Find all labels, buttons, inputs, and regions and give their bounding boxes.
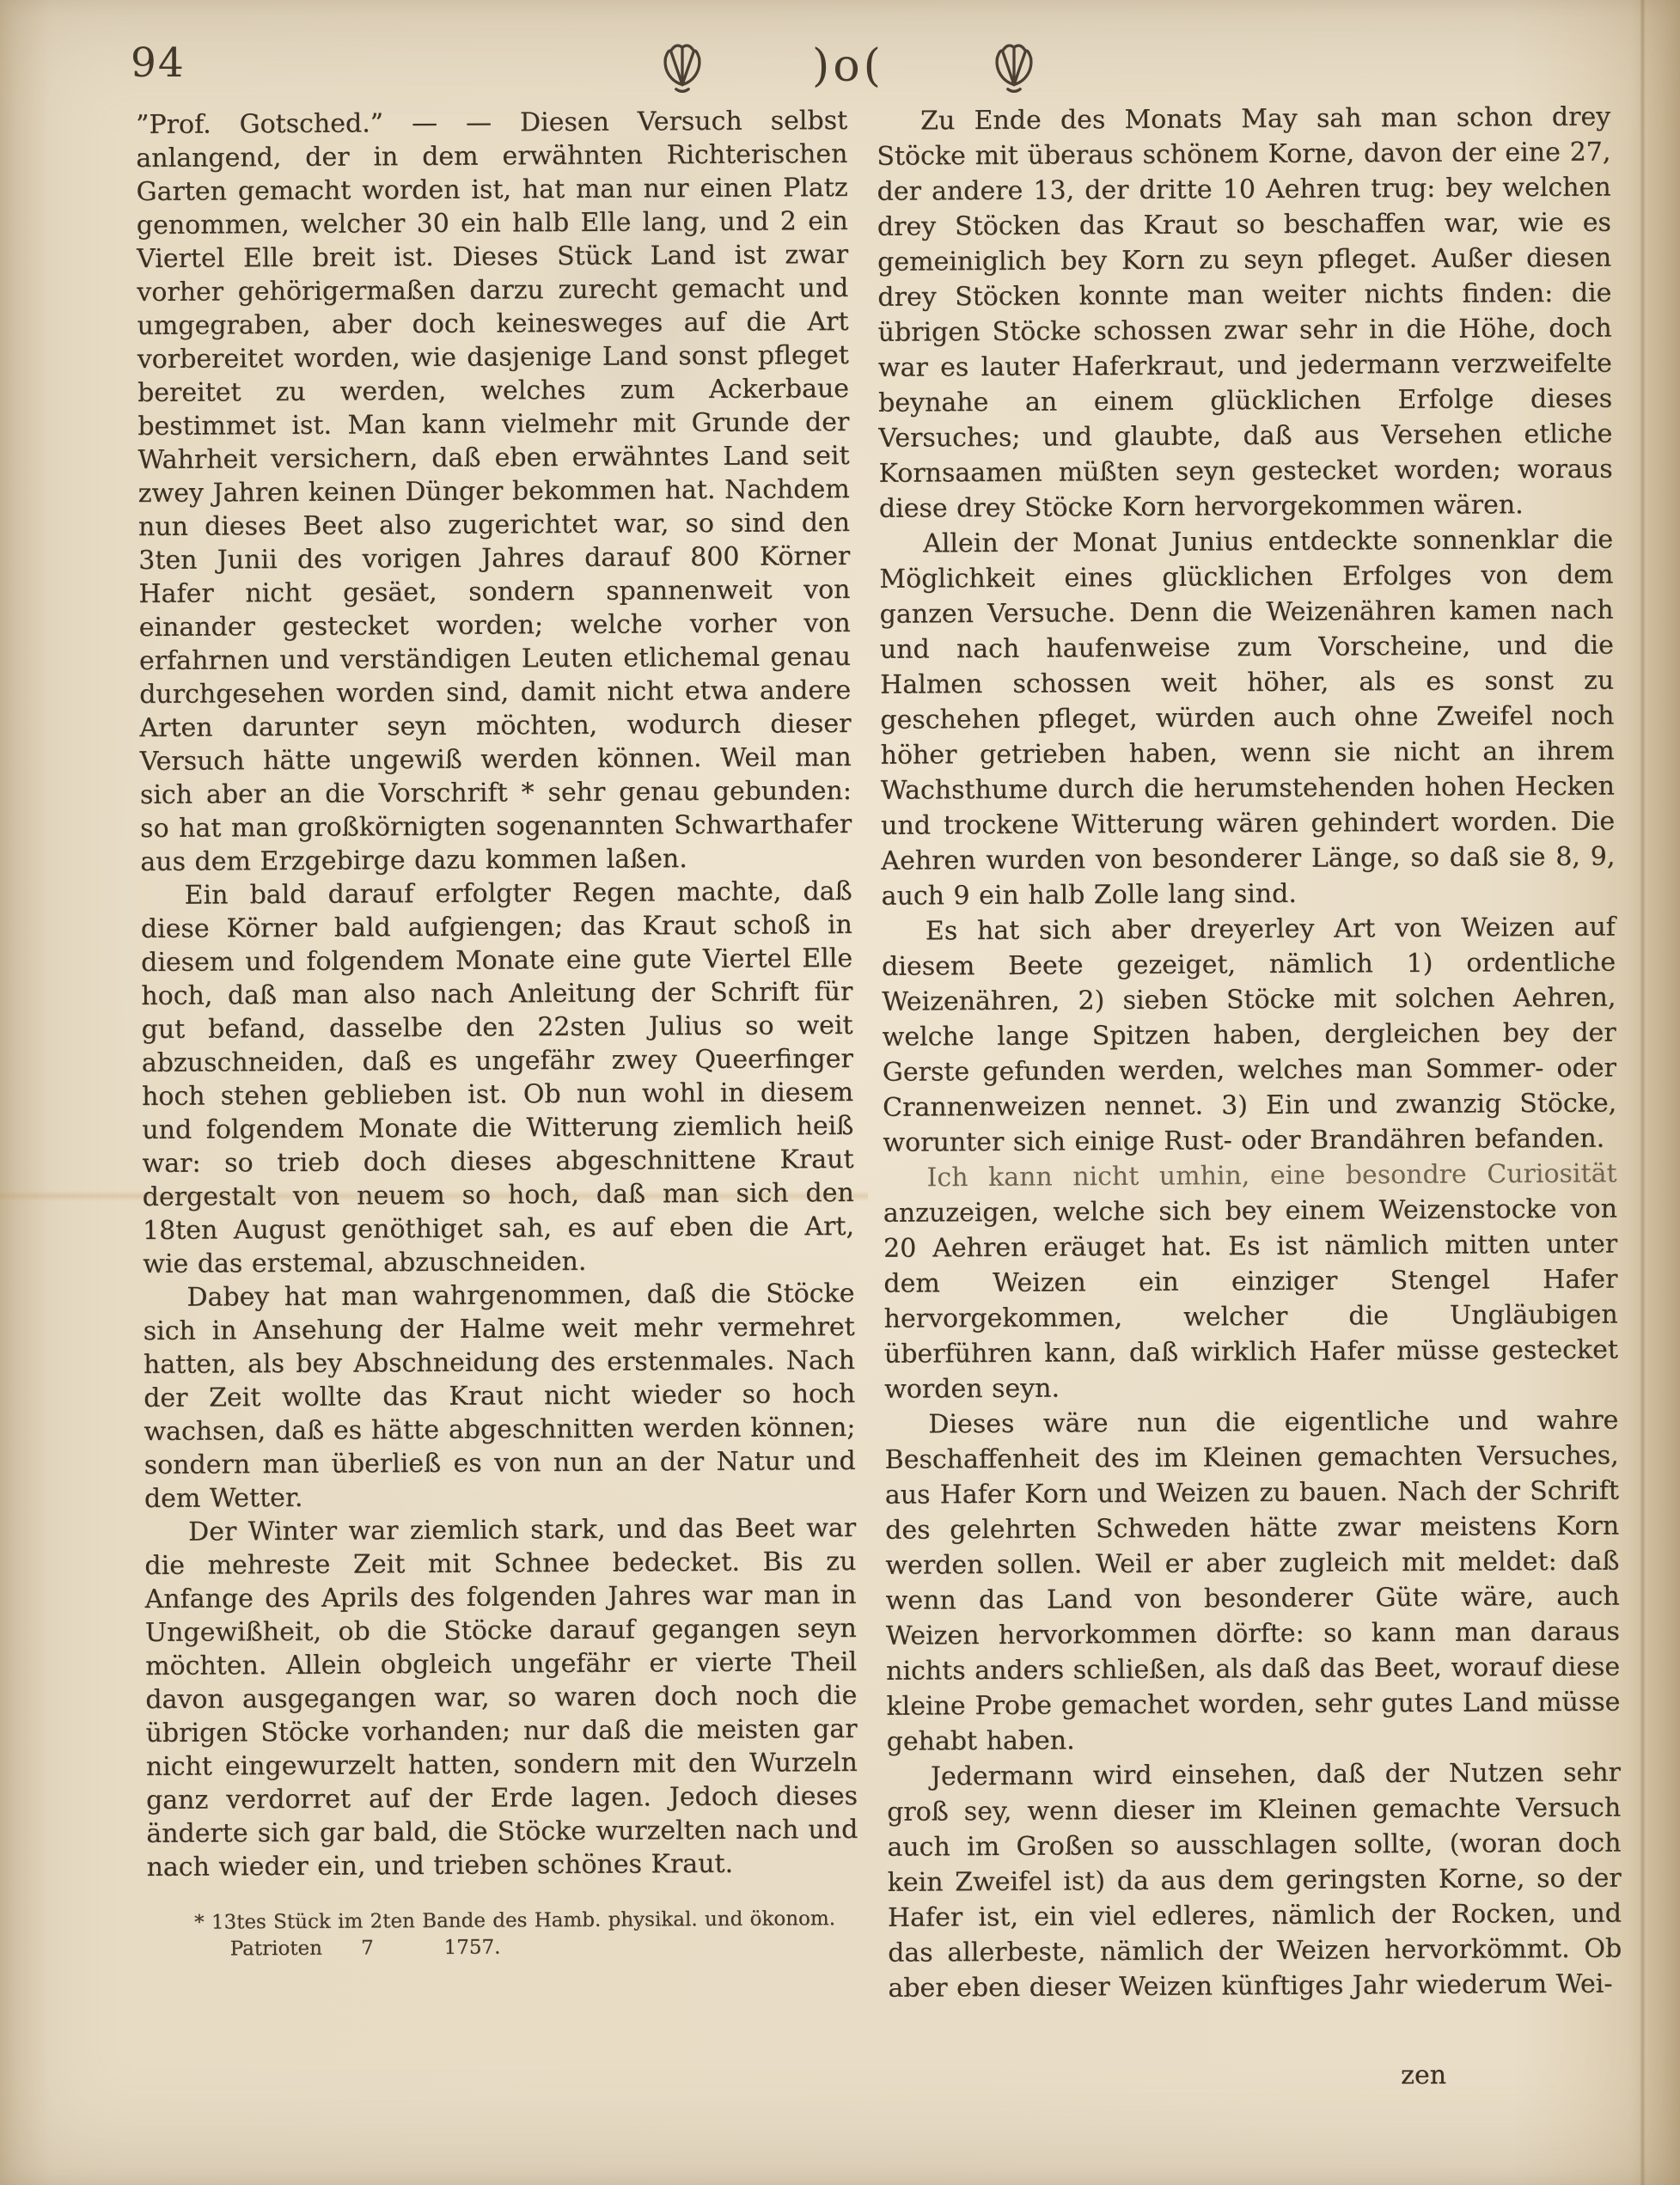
paragraph-left-2: Ein bald darauf erfolgter Regen machte, … [140,875,854,1281]
paragraph-right-4: Ich kann nicht umhin, eine besondre Curi… [883,1156,1618,1407]
header-separator-mark: )o( [812,40,884,92]
right-column: Zu Ende des Monats May sah man schon dre… [877,100,1622,2097]
page-fold-crease [1640,0,1646,2185]
paragraph-right-1: Zu Ende des Monats May sah man schon dre… [877,100,1613,527]
paragraph-right-5: Dieses wäre nun die eigentliche und wahr… [884,1402,1620,1759]
header-ornaments: )o( [655,31,1042,108]
text-columns: ”Prof. Gotsched.” — — Diesen Versuch sel… [136,100,1622,2101]
footnote: * 13tes Stück im 2ten Bande des Hamb. ph… [147,1906,858,1963]
left-column: ”Prof. Gotsched.” — — Diesen Versuch sel… [136,104,859,2101]
shell-ornament-icon [987,39,1042,101]
paragraph-left-4: Der Winter war ziemlich stark, und das B… [144,1511,858,1884]
paragraph-right-3: Es hat sich aber dreyerley Art von Weize… [882,910,1617,1161]
footnote-text: 13tes Stück im 2ten Bande des Hamb. phys… [211,1907,835,1933]
footnote-year: 1757. [444,1934,501,1961]
shell-ornament-icon [655,39,710,101]
footnote-line-2: Patrioten 7 1757. [147,1932,858,1963]
footnote-word: Patrioten [230,1938,322,1961]
signature-mark: 7 [361,1935,374,1962]
footnote-line-1: * 13tes Stück im 2ten Bande des Hamb. ph… [147,1906,858,1937]
footnote-marker: * [194,1912,205,1934]
page-number: 94 [131,40,186,87]
catchword: zen [889,2056,1622,2096]
paragraph-left-1: ”Prof. Gotsched.” — — Diesen Versuch sel… [136,104,852,879]
paragraph-right-6: Jedermann wird einsehen, daß der Nutzen … [887,1755,1622,2005]
paragraph-left-3: Dabey hat man wahrgenommen, daß die Stöc… [143,1277,856,1516]
scanned-book-page: 94 )o( [0,0,1680,2185]
paragraph-right-2: Allein der Monat Junius entdeckte sonnen… [879,522,1616,914]
